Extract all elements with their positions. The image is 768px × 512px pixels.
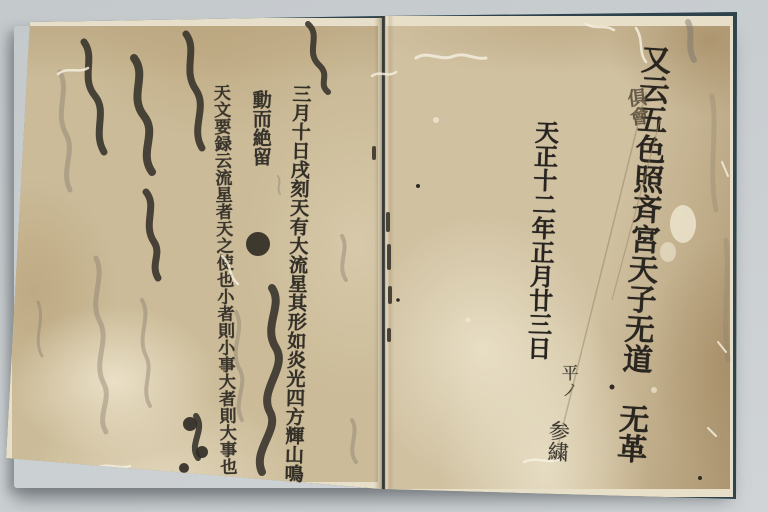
left-col-annotation: 動而絶留: [250, 90, 270, 166]
manuscript-book: 三月十日戌刻天有大流星其形如炎光四方輝山鳴 動而絶留 天文要録云流星者天之使也小…: [0, 0, 768, 512]
left-col-tenmon-yoroku: 天文要録云流星者天之使也小者則小事大者則大事也: [210, 84, 234, 475]
gutter-fold: [374, 12, 394, 499]
right-col-faint-annotation: 倶會: [624, 87, 648, 127]
right-col-date: 天正十二年正月廿三日: [524, 120, 557, 361]
right-col-name: 平ノ: [558, 364, 576, 398]
left-page: 三月十日戌刻天有大流星其形如炎光四方輝山鳴 動而絶留 天文要録云流星者天之使也小…: [12, 26, 378, 482]
right-col-signature: 参繍: [545, 419, 569, 462]
right-page: 又云五色照斉宮天子无道 无革 倶會 天正十二年正月廿三日 平ノ 参繍: [386, 26, 730, 489]
left-col-main-entry: 三月十日戌刻天有大流星其形如炎光四方輝山鳴: [282, 84, 310, 483]
manuscript-photo: 三月十日戌刻天有大流星其形如炎光四方輝山鳴 動而絶留 天文要録云流星者天之使也小…: [0, 0, 768, 512]
